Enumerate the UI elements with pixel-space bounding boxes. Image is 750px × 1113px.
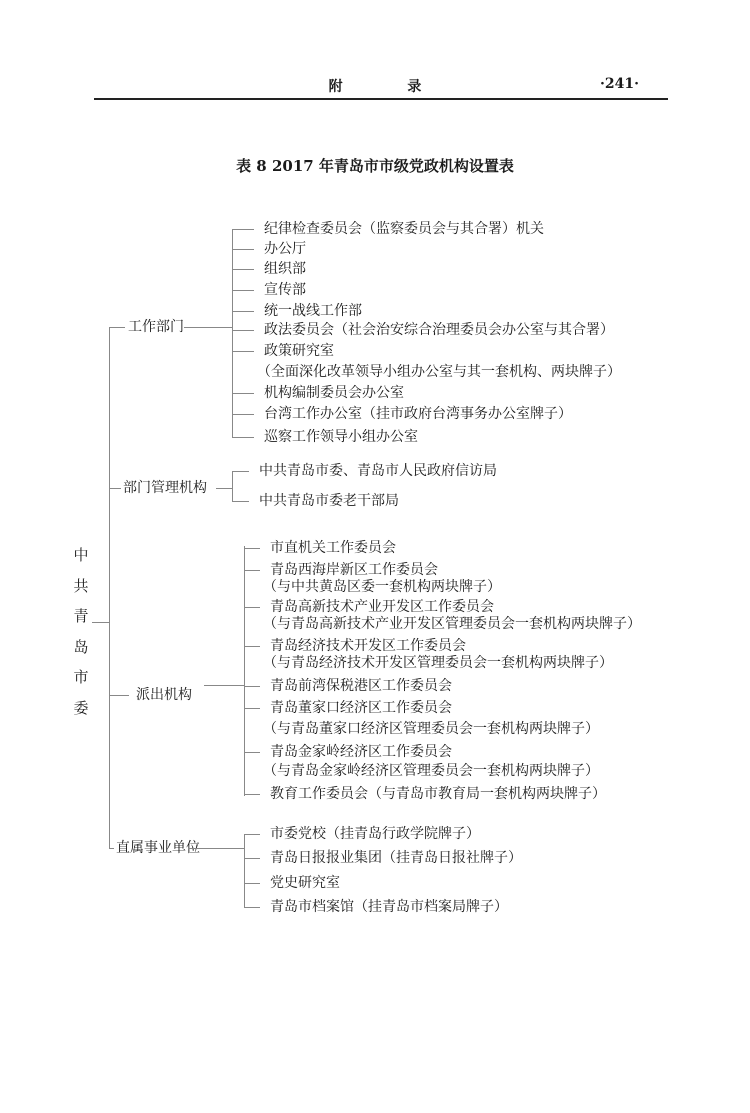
- root-char: 岛: [72, 632, 90, 663]
- branch-line: [109, 695, 129, 696]
- org-unit-item: 纪律检查委员会（监察委员会与其合署）机关: [264, 219, 544, 239]
- bracket-line: [232, 471, 233, 501]
- page-number: ·241·: [600, 76, 639, 92]
- bracket-line: [244, 835, 245, 908]
- leaf-connector: [232, 249, 254, 250]
- root-char: 中: [72, 540, 90, 571]
- org-unit-item: 中共青岛市委老干部局: [259, 491, 399, 511]
- org-unit-item: 办公厅: [264, 239, 306, 259]
- leaf-connector: [244, 858, 260, 859]
- branch-line: [184, 327, 232, 328]
- org-unit-item: （与青岛经济技术开发区管理委员会一套机构两块牌子）: [263, 653, 613, 673]
- org-unit-item: 教育工作委员会（与青岛市教育局一套机构两块牌子）: [270, 784, 606, 804]
- leaf-connector: [232, 330, 254, 331]
- leaf-connector: [232, 437, 254, 438]
- leaf-connector: [232, 229, 254, 230]
- leaf-connector: [244, 834, 260, 835]
- org-unit-item: 巡察工作领导小组办公室: [264, 427, 418, 447]
- org-unit-item: （与青岛金家岭经济区管理委员会一套机构两块牌子）: [263, 761, 599, 781]
- leaf-connector: [232, 311, 254, 312]
- org-unit-item: 青岛前湾保税港区工作委员会: [270, 676, 452, 696]
- branch-line: [109, 327, 125, 328]
- leaf-connector: [232, 393, 254, 394]
- org-unit-item: 市直机关工作委员会: [270, 538, 396, 558]
- leaf-connector: [244, 570, 260, 571]
- leaf-connector: [244, 794, 260, 795]
- branch-line: [204, 685, 244, 686]
- org-unit-item: 机构编制委员会办公室: [264, 383, 404, 403]
- root-connector: [92, 622, 109, 623]
- leaf-connector: [232, 414, 254, 415]
- branch-line: [109, 488, 121, 489]
- trunk-line: [109, 327, 110, 848]
- table-title: 表 8 2017 年青岛市市级党政机构设置表: [0, 155, 750, 176]
- org-unit-item: 宣传部: [264, 280, 306, 300]
- leaf-connector: [244, 686, 260, 687]
- leaf-connector: [244, 607, 260, 608]
- leaf-connector: [244, 752, 260, 753]
- root-char: 市: [72, 662, 90, 693]
- leaf-connector: [232, 290, 254, 291]
- group-label-dept-managed: 部门管理机构: [121, 478, 209, 498]
- org-unit-item: 市委党校（挂青岛行政学院牌子）: [270, 824, 480, 844]
- root-node-label: 中 共 青 岛 市 委: [72, 540, 90, 723]
- org-unit-item: 青岛董家口经济区工作委员会: [270, 698, 452, 718]
- leaf-connector: [244, 708, 260, 709]
- leaf-connector: [232, 471, 249, 472]
- leaf-connector: [232, 269, 254, 270]
- bracket-line: [232, 229, 233, 437]
- org-unit-item: 政法委员会（社会治安综合治理委员会办公室与其合署）: [264, 320, 614, 340]
- org-unit-item: 统一战线工作部: [264, 301, 362, 321]
- org-unit-item: 青岛日报报业集团（挂青岛日报社牌子）: [270, 848, 522, 868]
- org-unit-item: 政策研究室: [264, 341, 334, 361]
- org-unit-item: 青岛金家岭经济区工作委员会: [270, 742, 452, 762]
- leaf-connector: [232, 501, 249, 502]
- org-unit-item: （与中共黄岛区委一套机构两块牌子）: [263, 577, 501, 597]
- bracket-line: [244, 546, 245, 796]
- org-unit-item: 组织部: [264, 259, 306, 279]
- leaf-connector: [244, 907, 260, 908]
- leaf-connector: [244, 646, 260, 647]
- org-unit-item: （与青岛董家口经济区管理委员会一套机构两块牌子）: [263, 719, 599, 739]
- org-unit-item: 中共青岛市委、青岛市人民政府信访局: [259, 461, 497, 481]
- root-char: 委: [72, 693, 90, 724]
- org-unit-item: 青岛市档案馆（挂青岛市档案局牌子）: [270, 897, 508, 917]
- org-unit-item: （全面深化改革领导小组办公室与其一套机构、两块牌子）: [257, 362, 621, 382]
- branch-line: [188, 848, 244, 849]
- group-label-work-departments: 工作部门: [126, 317, 186, 337]
- leaf-connector: [232, 351, 254, 352]
- group-label-dispatched: 派出机构: [134, 685, 194, 705]
- org-unit-item: 党史研究室: [270, 873, 340, 893]
- root-char: 青: [72, 601, 90, 632]
- root-char: 共: [72, 571, 90, 602]
- leaf-connector: [244, 548, 260, 549]
- org-unit-item: 台湾工作办公室（挂市政府台湾事务办公室牌子）: [264, 404, 572, 424]
- header-rule: [94, 98, 668, 100]
- leaf-connector: [244, 883, 260, 884]
- branch-line: [216, 488, 232, 489]
- org-unit-item: （与青岛高新技术产业开发区管理委员会一套机构两块牌子）: [263, 614, 641, 634]
